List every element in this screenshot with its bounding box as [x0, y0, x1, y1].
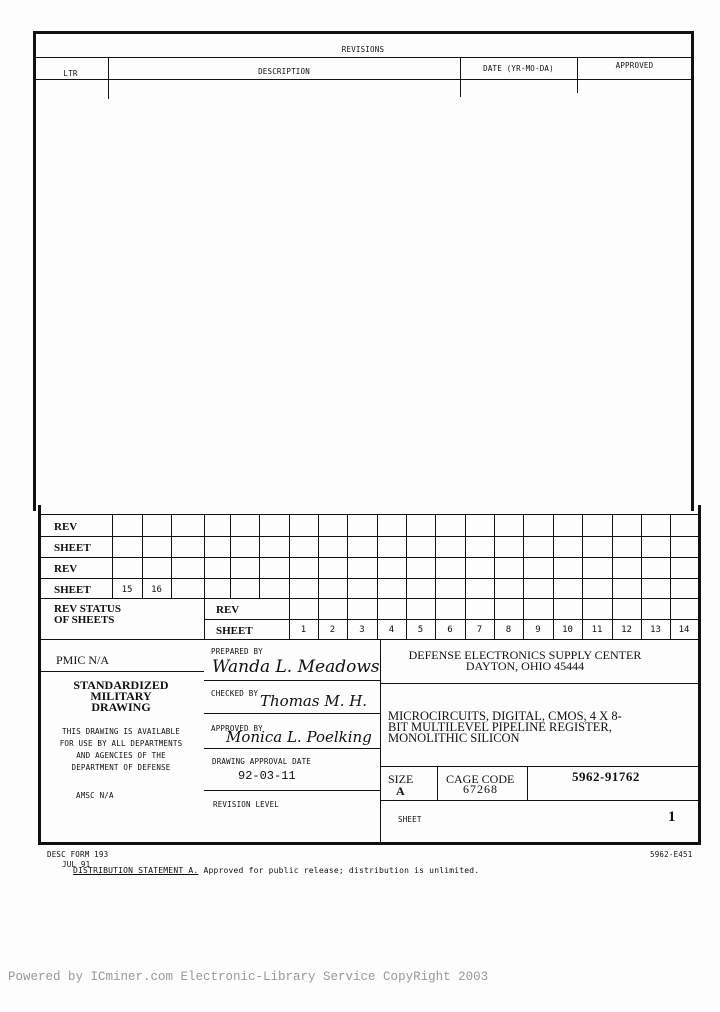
- sheet-number: 9: [523, 625, 553, 635]
- sheet-number: 6: [435, 625, 465, 635]
- grid-col-line: [641, 514, 642, 640]
- sheet-number: 16: [142, 585, 171, 595]
- availability-notice: THIS DRAWING IS AVAILABLE FOR USE BY ALL…: [38, 726, 204, 774]
- sheet-label: SHEET: [216, 625, 253, 637]
- sheet-number: 8: [494, 625, 523, 635]
- grid-col-line: [171, 514, 172, 599]
- grid-col-line: [523, 514, 524, 640]
- sheet-number: 5: [406, 625, 435, 635]
- availability-line: THIS DRAWING IS AVAILABLE: [38, 726, 204, 738]
- cage-code-value: 67268: [463, 782, 498, 797]
- row-label-sheet: SHEET: [54, 542, 91, 554]
- distribution-label: DISTRIBUTION STATEMENT A.: [73, 866, 198, 875]
- checked-by-label: CHECKED BY: [211, 689, 258, 698]
- col-divider: [460, 57, 461, 97]
- sheet-number: 1: [289, 625, 318, 635]
- col-divider: [108, 57, 109, 99]
- availability-line: FOR USE BY ALL DEPARTMENTS: [38, 738, 204, 750]
- row-label-rev: REV: [54, 521, 77, 533]
- grid-col-line: [230, 514, 231, 599]
- grid-col-line: [289, 514, 290, 640]
- col-header-description: DESCRIPTION: [108, 67, 460, 76]
- distribution-statement: DISTRIBUTION STATEMENT A. Approved for p…: [73, 866, 479, 875]
- grid-row-line: [204, 619, 699, 620]
- revision-level-label: REVISION LEVEL: [213, 800, 279, 809]
- frame-bottom: [38, 842, 699, 845]
- grid-col-line: [612, 514, 613, 640]
- sheet-value: 1: [668, 809, 676, 826]
- grid-row-line: [38, 639, 699, 640]
- grid-col-line: [553, 514, 554, 640]
- revisions-header-divider: [33, 79, 693, 80]
- divider: [380, 766, 699, 767]
- grid-col-line: [465, 514, 466, 640]
- sheet-number: 3: [347, 625, 377, 635]
- document-code: 5962-E451: [650, 850, 692, 859]
- grid-col-line: [582, 514, 583, 640]
- row-label-sheet: SHEET: [54, 584, 91, 596]
- col-header-date: DATE (YR-MO-DA): [460, 64, 577, 73]
- grid-col-line: [494, 514, 495, 640]
- revisions-title: REVISIONS: [33, 45, 693, 54]
- divider: [380, 800, 699, 801]
- availability-line: DEPARTMENT OF DEFENSE: [38, 762, 204, 774]
- frame-left-lower: [38, 505, 41, 845]
- grid-row-line: [38, 578, 699, 579]
- frame-top: [33, 31, 693, 34]
- drawing-number: 5962-91762: [572, 769, 640, 785]
- form-number: DESC FORM 193: [47, 850, 108, 859]
- grid-row-line: [38, 536, 699, 537]
- frame-right-lower: [698, 505, 701, 845]
- divider: [437, 766, 438, 800]
- sheet-number: 10: [553, 625, 582, 635]
- amsc-label: AMSC N/A: [76, 791, 114, 800]
- grid-col-line: [670, 514, 671, 640]
- agency-address: DAYTON, OHIO 45444: [380, 661, 670, 672]
- prepared-by-label: PREPARED BY: [211, 647, 263, 656]
- sheet-number: 12: [612, 625, 641, 635]
- grid-col-line: [259, 514, 260, 599]
- sheet-number: 13: [641, 625, 670, 635]
- divider: [204, 680, 380, 681]
- frame-right-upper: [691, 31, 694, 511]
- grid-col-line: [318, 514, 319, 640]
- col-header-approved: APPROVED: [577, 61, 692, 70]
- grid-col-line: [406, 514, 407, 640]
- approved-by-signature: Monica L. Poelking: [226, 728, 372, 746]
- pmic-label: PMIC N/A: [56, 653, 109, 668]
- sheet-number: 14: [670, 625, 698, 635]
- rev-label: REV: [216, 604, 239, 616]
- grid-row-line: [38, 557, 699, 558]
- divider: [527, 766, 528, 800]
- smd-title-line: DRAWING: [38, 702, 204, 713]
- row-label-rev: REV: [54, 563, 77, 575]
- drawing-title-line: MONOLITHIC SILICON: [388, 733, 622, 744]
- rev-status-label: REV STATUS OF SHEETS: [54, 604, 121, 626]
- grid-col-line: [347, 514, 348, 640]
- divider: [204, 748, 380, 749]
- availability-line: AND AGENCIES OF THE: [38, 750, 204, 762]
- grid-col-line: [435, 514, 436, 640]
- sheet-number: 2: [318, 625, 347, 635]
- col-header-ltr: LTR: [33, 69, 108, 78]
- agency-block: DEFENSE ELECTRONICS SUPPLY CENTER DAYTON…: [380, 650, 670, 672]
- grid-col-line: [377, 514, 378, 640]
- prepared-by-signature: Wanda L. Meadows: [212, 657, 380, 677]
- checked-by-signature: Thomas M. H.: [260, 692, 367, 710]
- divider: [204, 790, 380, 791]
- size-value: A: [396, 784, 405, 799]
- divider: [38, 671, 204, 672]
- watermark: Powered by ICminer.com Electronic-Librar…: [8, 970, 488, 984]
- distribution-text: Approved for public release; distributio…: [198, 866, 479, 875]
- sheet-number: 15: [112, 585, 142, 595]
- approval-date: 92-03-11: [238, 769, 296, 783]
- sheet-label: SHEET: [398, 815, 422, 824]
- divider: [380, 683, 699, 684]
- drawing-title: MICROCIRCUITS, DIGITAL, CMOS, 4 X 8- BIT…: [388, 711, 622, 744]
- revisions-title-divider: [33, 57, 693, 58]
- approval-date-label: DRAWING APPROVAL DATE: [212, 757, 311, 766]
- grid-row-line: [38, 598, 699, 599]
- sheet-number: 7: [465, 625, 494, 635]
- sheet-number: 4: [377, 625, 406, 635]
- smd-title: STANDARDIZED MILITARY DRAWING: [38, 680, 204, 713]
- divider: [204, 713, 380, 714]
- frame-left-upper: [33, 31, 36, 511]
- grid-col-line: [204, 514, 205, 640]
- sheet-number: 11: [582, 625, 612, 635]
- grid-row-line: [38, 514, 699, 515]
